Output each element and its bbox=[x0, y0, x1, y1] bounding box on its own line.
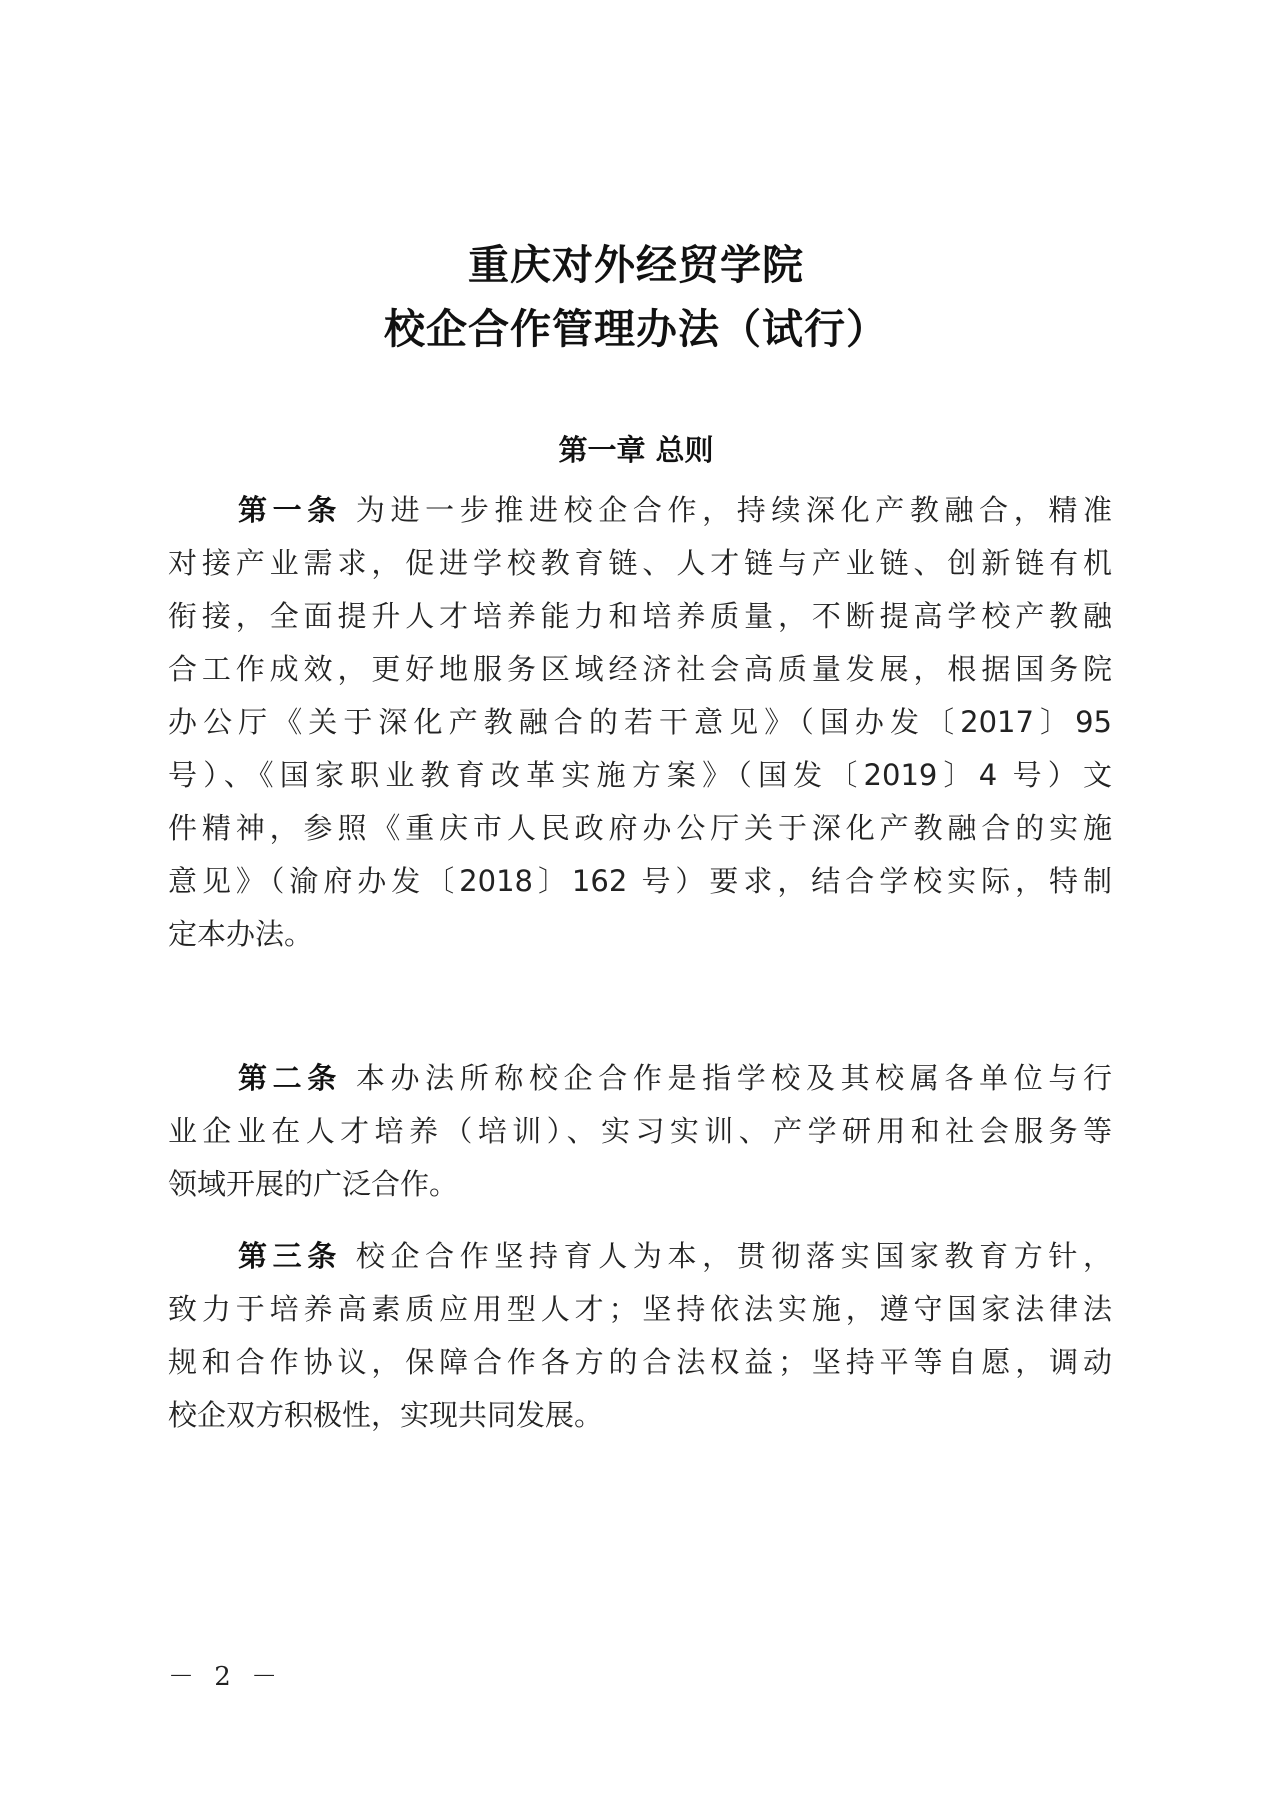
document-title-line-2: 校企合作管理办法（试行） bbox=[0, 296, 1272, 355]
page-number: － 2 － bbox=[168, 1656, 283, 1693]
article-3-line-3: 规和合作协议，保障合作各方的合法权益；坚持平等自愿，调动 bbox=[168, 1344, 1112, 1380]
article-3-line-1: 第三条校企合作坚持育人为本，贯彻落实国家教育方针， bbox=[238, 1238, 1112, 1274]
article-1-line-2: 对接产业需求，促进学校教育链、人才链与产业链、创新链有机 bbox=[168, 545, 1112, 581]
article-1-line-8: 意见》（渝府办发〔2018〕162 号）要求，结合学校实际，特制 bbox=[168, 863, 1112, 899]
article-1-label: 第一条 bbox=[238, 493, 342, 527]
article-1-line-3: 衔接，全面提升人才培养能力和培养质量，不断提高学校产教融 bbox=[168, 598, 1112, 634]
article-1-line-7: 件精神，参照《重庆市人民政府办公厅关于深化产教融合的实施 bbox=[168, 810, 1112, 846]
article-3-line-4: 校企双方积极性，实现共同发展。 bbox=[168, 1397, 1112, 1433]
document-page: 重庆对外经贸学院 校企合作管理办法（试行） 第一章 总则 第一条为进一步推进校企… bbox=[0, 0, 1272, 1800]
article-2-line-1: 第二条本办法所称校企合作是指学校及其校属各单位与行 bbox=[238, 1060, 1112, 1096]
article-1-line-6: 号）、《国家职业教育改革实施方案》（国发〔2019〕4 号）文 bbox=[168, 757, 1112, 793]
article-2-label: 第二条 bbox=[238, 1061, 342, 1095]
article-1-line-9: 定本办法。 bbox=[168, 916, 1112, 952]
article-3-line-2: 致力于培养高素质应用型人才；坚持依法实施，遵守国家法律法 bbox=[168, 1291, 1112, 1327]
article-1-text: 为进一步推进校企合作，持续深化产教融合，精准 bbox=[356, 493, 1112, 527]
document-title-line-1: 重庆对外经贸学院 bbox=[0, 232, 1272, 291]
article-1-line-4: 合工作成效，更好地服务区域经济社会高质量发展，根据国务院 bbox=[168, 651, 1112, 687]
article-3-label: 第三条 bbox=[238, 1239, 342, 1273]
article-2-text: 本办法所称校企合作是指学校及其校属各单位与行 bbox=[356, 1061, 1112, 1095]
article-1-line-1: 第一条为进一步推进校企合作，持续深化产教融合，精准 bbox=[238, 492, 1112, 528]
article-2-line-3: 领域开展的广泛合作。 bbox=[168, 1166, 1112, 1202]
article-2-line-2: 业企业在人才培养（培训）、实习实训、产学研用和社会服务等 bbox=[168, 1113, 1112, 1149]
article-3-text: 校企合作坚持育人为本，贯彻落实国家教育方针， bbox=[356, 1239, 1112, 1273]
chapter-heading: 第一章 总则 bbox=[0, 428, 1272, 469]
article-1-line-5: 办公厅《关于深化产教融合的若干意见》（国办发〔2017〕95 bbox=[168, 704, 1112, 740]
